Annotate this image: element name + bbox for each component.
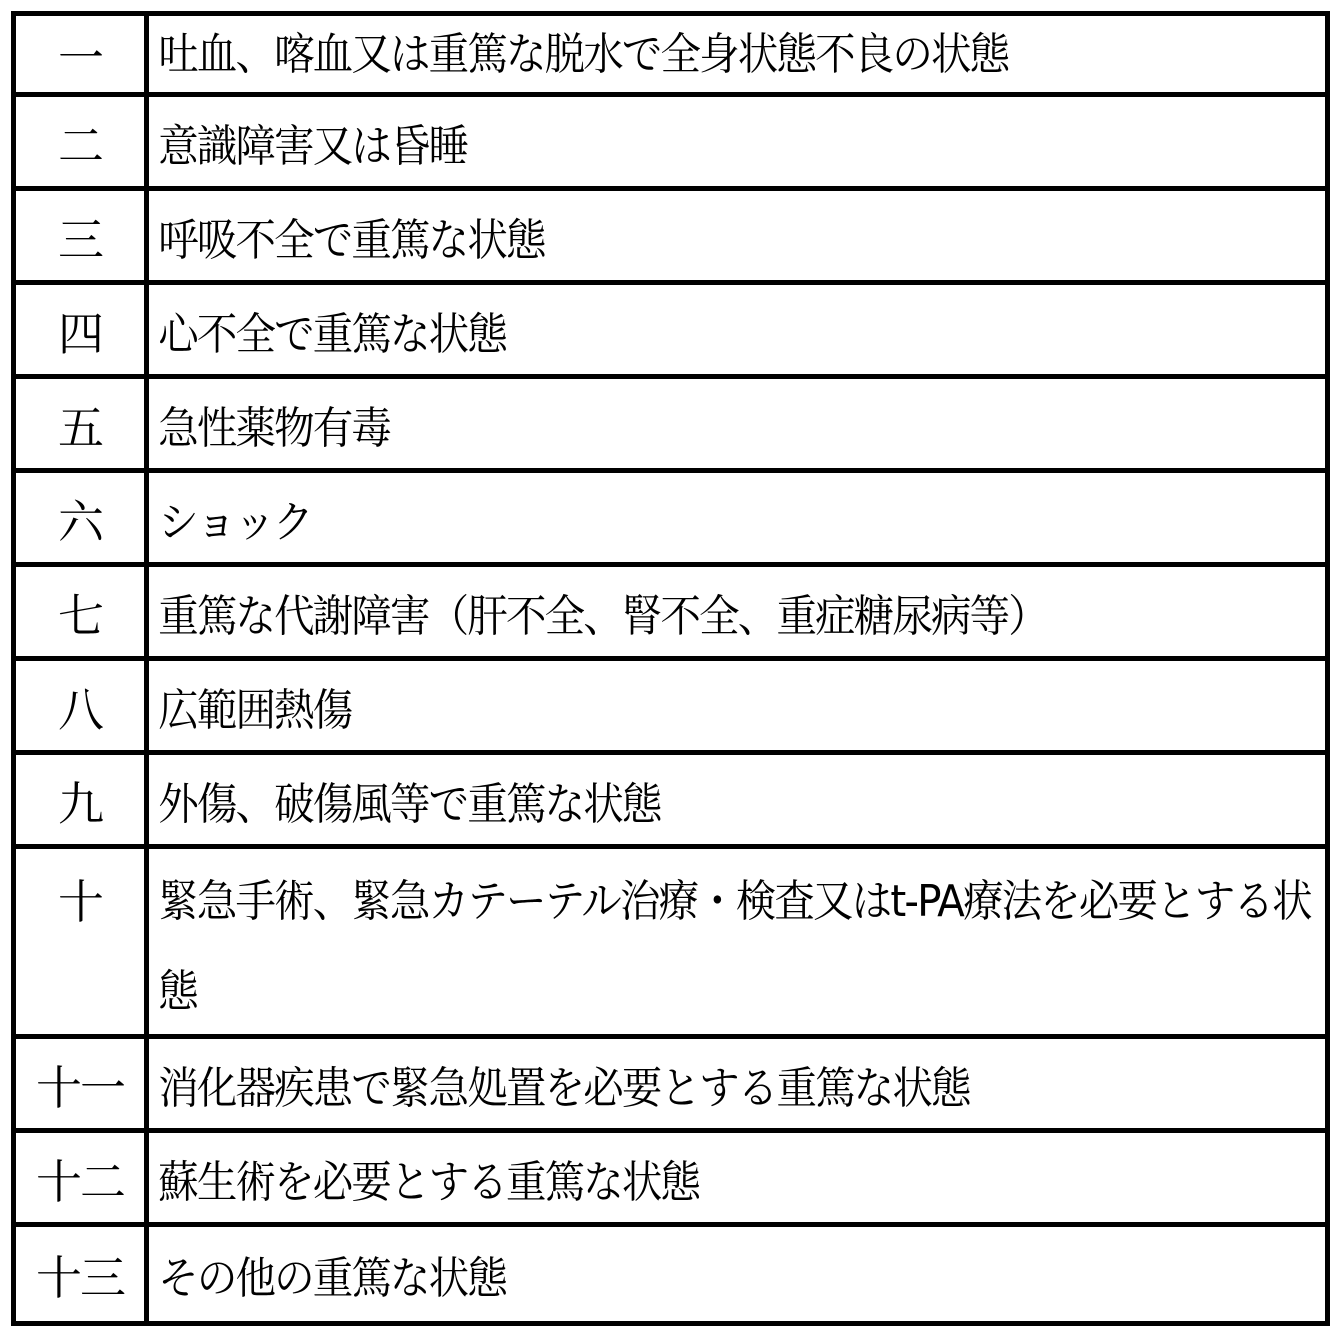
condition-text: その他の重篤な状態 bbox=[158, 1234, 506, 1324]
row-number: 八 bbox=[16, 661, 149, 750]
table-row: 十三 その他の重篤な状態 bbox=[16, 1227, 1325, 1321]
condition-text: 急性薬物有毒 bbox=[158, 384, 390, 474]
condition-text: 緊急手術、緊急カテーテル治療・検査又はt-PA療法を必要とする状態 bbox=[158, 857, 1317, 1037]
row-condition: その他の重篤な状態 bbox=[149, 1227, 1231, 1321]
table-row: 十二 蘇生術を必要とする重篤な状態 bbox=[16, 1133, 1325, 1227]
row-condition: 吐血、喀血又は重篤な脱水で全身状態不良の状態 bbox=[149, 16, 1231, 92]
table-row: 十 緊急手術、緊急カテーテル治療・検査又はt-PA療法を必要とする状態 bbox=[16, 849, 1325, 1039]
condition-text: 意識障害又は昏睡 bbox=[158, 102, 467, 192]
condition-text: 重篤な代謝障害（肝不全、腎不全、重症糖尿病等） bbox=[158, 572, 1047, 662]
condition-text: 外傷、破傷風等で重篤な状態 bbox=[158, 760, 660, 850]
row-number: 十 bbox=[16, 849, 149, 1034]
row-number: 十三 bbox=[16, 1227, 149, 1321]
condition-text: 広範囲熱傷 bbox=[158, 666, 351, 756]
row-condition: 重篤な代謝障害（肝不全、腎不全、重症糖尿病等） bbox=[149, 567, 1231, 656]
conditions-table: 一 吐血、喀血又は重篤な脱水で全身状態不良の状態 二 意識障害又は昏睡 三 呼吸… bbox=[11, 11, 1330, 1326]
row-condition: 意識障害又は昏睡 bbox=[149, 97, 1231, 186]
table-row: 四 心不全で重篤な状態 bbox=[16, 285, 1325, 379]
row-number: 三 bbox=[16, 191, 149, 280]
condition-text: 呼吸不全で重篤な状態 bbox=[158, 196, 544, 286]
row-condition: 消化器疾患で緊急処置を必要とする重篤な状態 bbox=[149, 1039, 1231, 1128]
table-row: 一 吐血、喀血又は重篤な脱水で全身状態不良の状態 bbox=[16, 16, 1325, 97]
condition-text: 吐血、喀血又は重篤な脱水で全身状態不良の状態 bbox=[158, 17, 1008, 93]
row-condition: 外傷、破傷風等で重篤な状態 bbox=[149, 755, 1231, 844]
row-condition: ショック bbox=[149, 473, 1231, 562]
table-row: 五 急性薬物有毒 bbox=[16, 379, 1325, 473]
row-condition: 緊急手術、緊急カテーテル治療・検査又はt-PA療法を必要とする状態 bbox=[149, 849, 1317, 1034]
row-number: 一 bbox=[16, 16, 149, 92]
condition-text: ショック bbox=[158, 478, 312, 568]
table-row: 十一 消化器疾患で緊急処置を必要とする重篤な状態 bbox=[16, 1039, 1325, 1133]
row-condition: 広範囲熱傷 bbox=[149, 661, 1231, 750]
table-row: 二 意識障害又は昏睡 bbox=[16, 97, 1325, 191]
row-number: 六 bbox=[16, 473, 149, 562]
row-number: 十一 bbox=[16, 1039, 149, 1128]
table-row: 七 重篤な代謝障害（肝不全、腎不全、重症糖尿病等） bbox=[16, 567, 1325, 661]
row-number: 七 bbox=[16, 567, 149, 656]
row-number: 十二 bbox=[16, 1133, 149, 1222]
row-number: 二 bbox=[16, 97, 149, 186]
row-condition: 呼吸不全で重篤な状態 bbox=[149, 191, 1231, 280]
condition-text: 消化器疾患で緊急処置を必要とする重篤な状態 bbox=[158, 1044, 969, 1134]
condition-text: 心不全で重篤な状態 bbox=[158, 290, 506, 380]
table-row: 三 呼吸不全で重篤な状態 bbox=[16, 191, 1325, 285]
table-row: 六 ショック bbox=[16, 473, 1325, 567]
row-condition: 蘇生術を必要とする重篤な状態 bbox=[149, 1133, 1231, 1222]
row-number: 九 bbox=[16, 755, 149, 844]
table-row: 八 広範囲熱傷 bbox=[16, 661, 1325, 755]
row-number: 五 bbox=[16, 379, 149, 468]
condition-text: 蘇生術を必要とする重篤な状態 bbox=[158, 1138, 699, 1228]
row-condition: 急性薬物有毒 bbox=[149, 379, 1231, 468]
table-row: 九 外傷、破傷風等で重篤な状態 bbox=[16, 755, 1325, 849]
row-condition: 心不全で重篤な状態 bbox=[149, 285, 1231, 374]
row-number: 四 bbox=[16, 285, 149, 374]
